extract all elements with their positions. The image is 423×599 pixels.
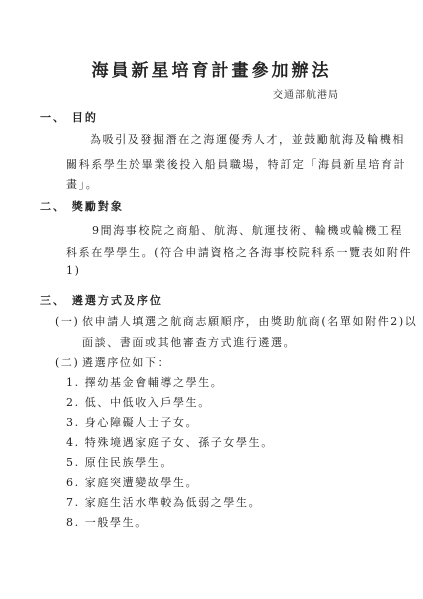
- priority-item: 7. 家庭生活水準較為低弱之學生。: [66, 494, 261, 510]
- target-line-1: 9間海事校院之商船、航海、航運技術、輪機或輪機工程: [92, 222, 403, 238]
- issuer: 交通部航港局: [273, 86, 339, 101]
- priority-item: 3. 身心障礙人士子女。: [66, 414, 198, 430]
- priority-item: 2. 低、中低收入戶學生。: [66, 394, 211, 410]
- target-line-3: 1): [66, 264, 81, 277]
- purpose-line-1: 為吸引及發掘潛在之海運優秀人才，並鼓勵航海及輪機相: [90, 131, 405, 147]
- section-heading-target: 二、 獎勵對象: [40, 198, 124, 214]
- target-line-2: 科系在學學生。(符合申請資格之各海事校院科系一覽表如附件: [66, 244, 412, 260]
- priority-item: 4. 特殊境遇家庭子女、孫子女學生。: [66, 434, 274, 450]
- section-heading-selection: 三、 遴選方式及序位: [40, 292, 163, 308]
- section-heading-purpose: 一、 目的: [40, 109, 98, 125]
- purpose-line-3: 畫」。: [66, 176, 98, 192]
- priority-item: 8. 一般學生。: [66, 514, 148, 530]
- priority-item: 5. 原住民族學生。: [66, 454, 173, 470]
- purpose-line-2: 關科系學生於畢業後投入船員職場，特訂定「海員新星培育計: [66, 156, 406, 172]
- subitem-1-line-1: 依申請人填選之航商志願順序，由獎助航商(名單如附件2)以: [82, 313, 417, 329]
- subitem-marker-2: (二): [55, 354, 79, 370]
- subitem-marker-1: (一): [55, 313, 79, 329]
- document-title: 海員新星培育計畫參加辦法: [0, 56, 423, 81]
- priority-item: 1. 擇幼基金會輔導之學生。: [66, 374, 223, 390]
- subitem-2-line-1: 遴選序位如下：: [82, 354, 170, 370]
- priority-item: 6. 家庭突遭變故學生。: [66, 474, 198, 490]
- subitem-1-line-2: 面談、書面或其他審查方式進行遴選。: [82, 334, 296, 350]
